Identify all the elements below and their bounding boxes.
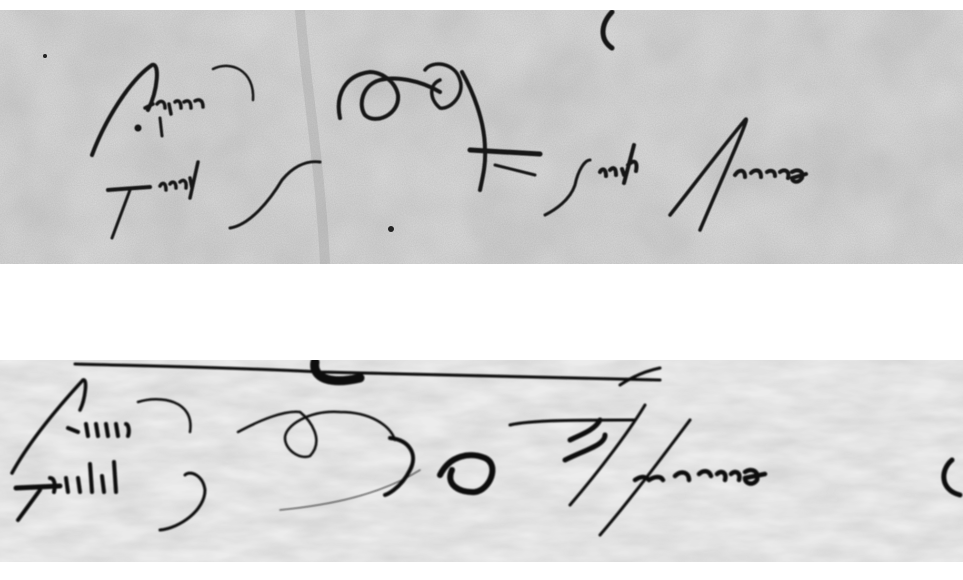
top-signature-drawing: [0, 10, 963, 264]
top-signature-photo: Signum Judith Shakespeare: [0, 10, 963, 264]
bottom-signature-photo: Signum Judith Shakespeare: [0, 360, 963, 562]
bottom-signature-drawing: [0, 360, 963, 562]
